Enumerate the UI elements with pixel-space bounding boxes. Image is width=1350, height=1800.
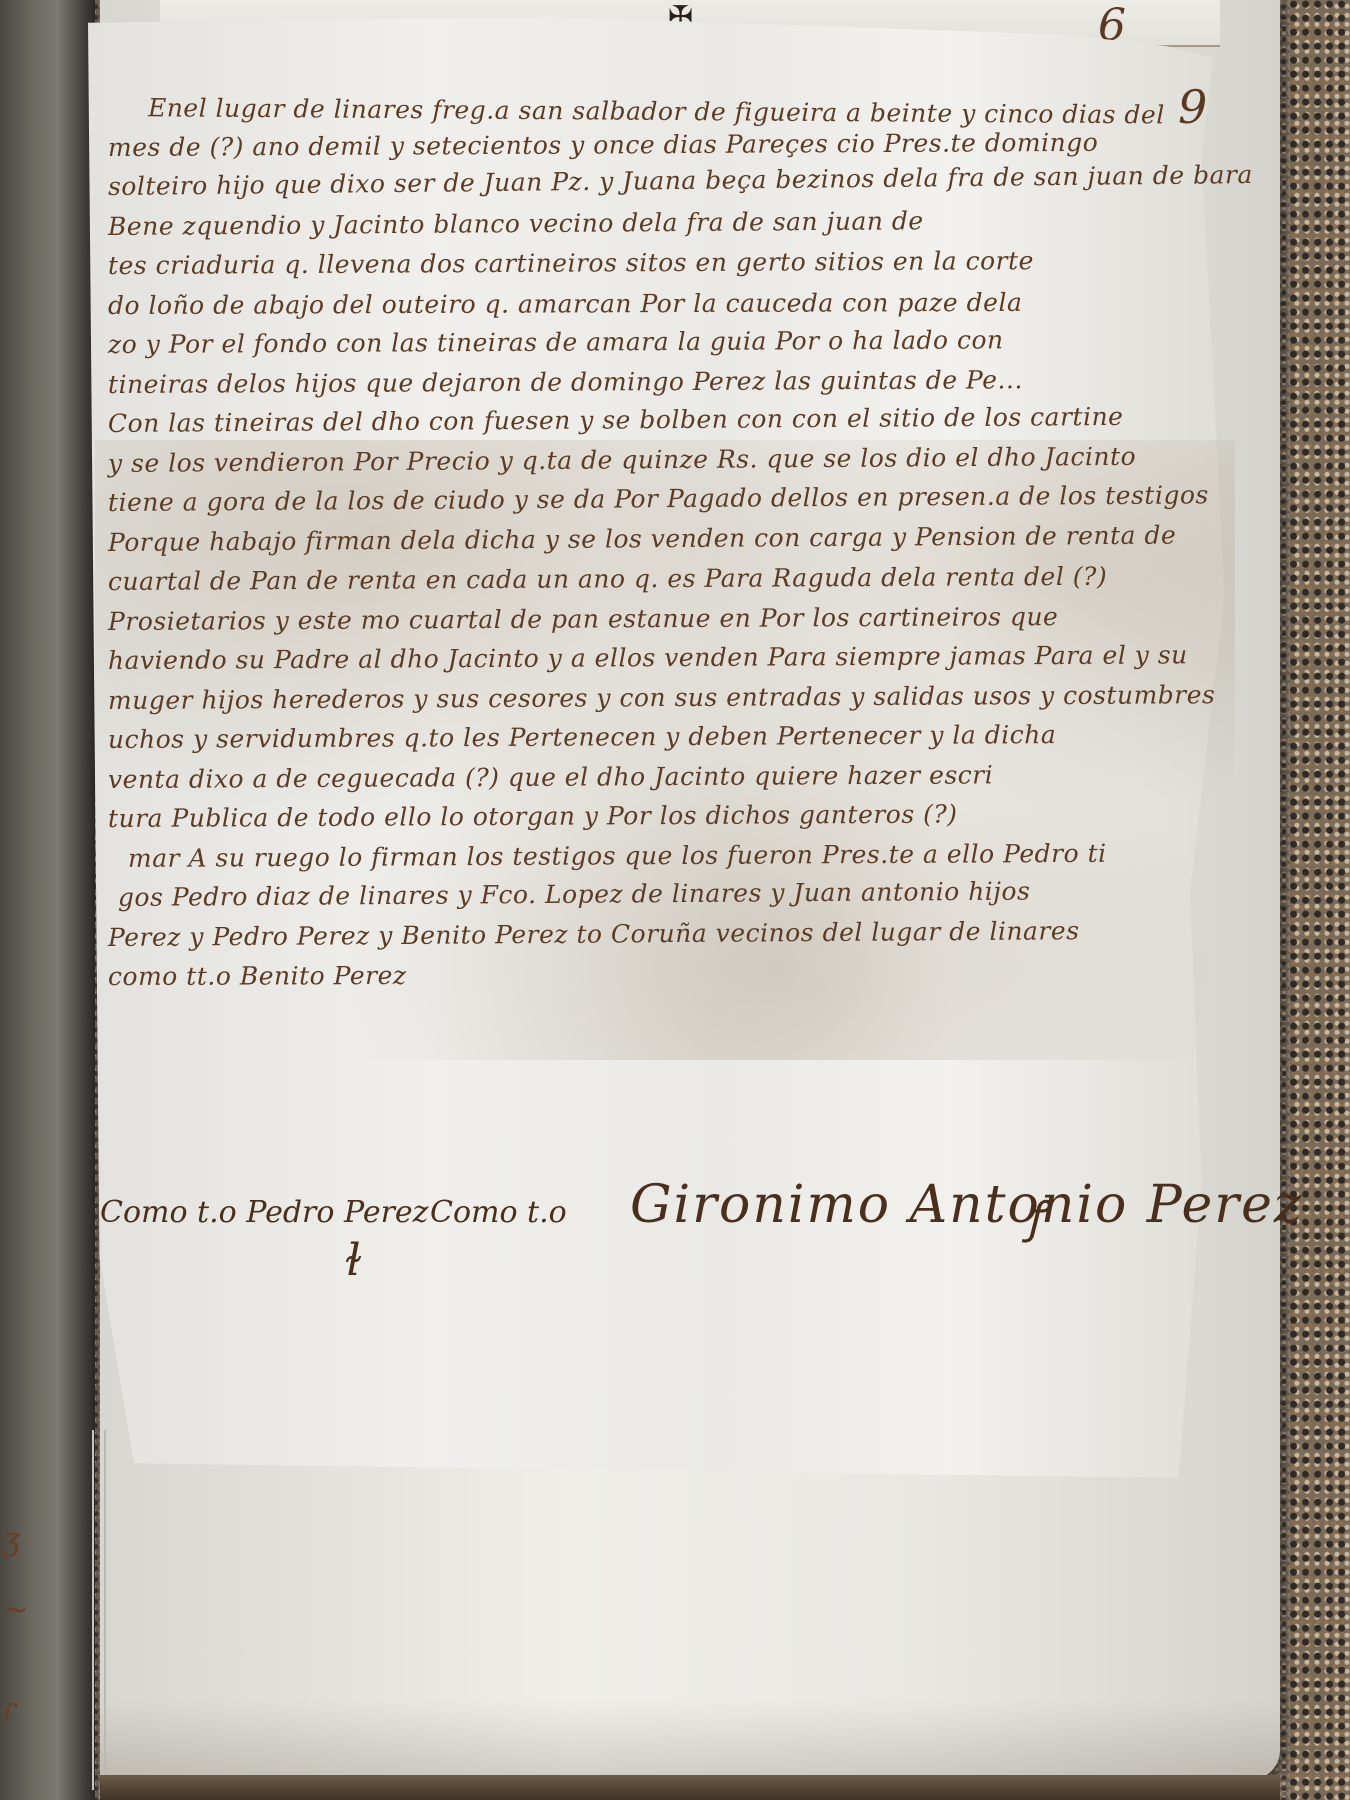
text-line: do loño de abajo del outeiro q. amarcan …: [108, 282, 1248, 325]
rubric-flourish-icon: ɫ: [345, 1235, 362, 1286]
text-line: cuartal de Pan de renta en cada un ano q…: [108, 556, 1248, 601]
signature-prefix: Como t.o: [430, 1195, 567, 1230]
binding-thread: [92, 1430, 106, 1790]
margin-mark: ~: [2, 1590, 29, 1628]
sheet-edge-shadow: [100, 1700, 1280, 1780]
text-line: haviendo su Padre al dho Jacinto y a ell…: [108, 635, 1248, 680]
text-line: Perez y Pedro Perez y Benito Perez to Co…: [108, 910, 1248, 957]
adjacent-volume-edge: ʒ ~ ɾ: [0, 0, 95, 1800]
text-line: tura Publica de todo ello lo otorgan y P…: [108, 793, 1248, 838]
text-line: Bene zquendio y Jacinto blanco vecino de…: [108, 199, 1248, 246]
main-signature: Gironimo Antonio Perez: [630, 1175, 1303, 1235]
text-line: venta dixo a de ceguecada (?) que el dho…: [108, 754, 1248, 799]
manuscript-text: Enel lugar de linares freg.a san salbado…: [108, 88, 1248, 997]
text-line: Prosietarios y este mo cuartal de pan es…: [108, 596, 1248, 641]
rubric-flourish-icon: ꝭ: [1025, 1185, 1046, 1245]
text-line: uchos y servidumbres q.to les Pertenecen…: [108, 714, 1248, 759]
text-line: muger hijos herederos y sus cesores y co…: [108, 675, 1248, 720]
witness-signature: Como t.o Pedro Perez: [100, 1195, 428, 1230]
text-line: Porque habajo firman dela dicha y se los…: [108, 515, 1248, 562]
text-line: zo y Por el fondo con las tineiras de am…: [108, 319, 1248, 364]
text-line: tes criaduria q. llevena dos cartineiros…: [108, 240, 1248, 285]
stone-surface-background: [1290, 0, 1350, 1800]
bottom-edge-shadow: [100, 1775, 1280, 1800]
margin-mark: ɾ: [2, 1690, 16, 1728]
margin-mark: ʒ: [2, 1520, 20, 1558]
signature-block: Como t.o Pedro Perez Como t.o Gironimo A…: [100, 1175, 1100, 1315]
text-line: como tt.o Benito Perez: [108, 953, 1248, 996]
